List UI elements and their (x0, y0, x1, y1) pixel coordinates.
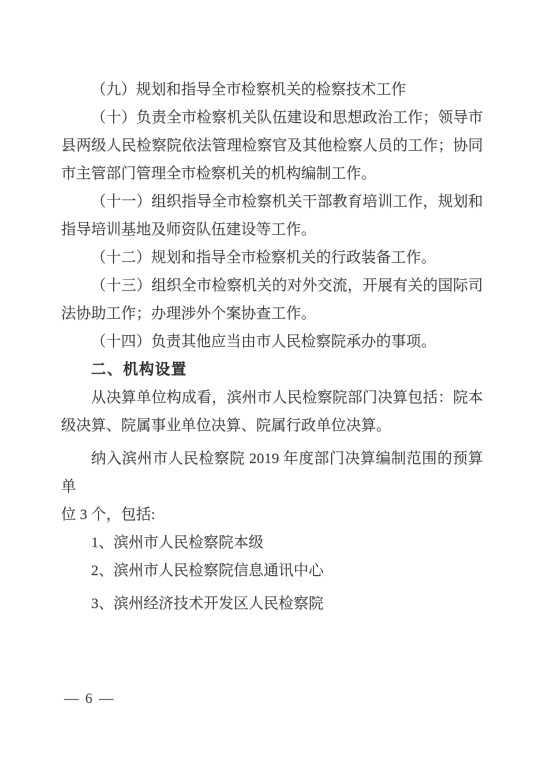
paragraph-line: （十一）组织指导全市检察机关干部教育培训工作，规划和 (61, 188, 483, 216)
list-item: 3、滨州经济技术开发区人民检察院 (61, 590, 483, 618)
paragraph-line: （十四）负责其他应当由市人民检察院承办的事项。 (61, 328, 483, 356)
paragraph-line: （十二）规划和指导全市检察机关的行政装备工作。 (61, 244, 483, 272)
list-item: 2、滨州市人民检察院信息通讯中心 (61, 557, 483, 585)
document-body: （九）规划和指导全市检察机关的检察技术工作 （十）负责全市检察机关队伍建设和思想… (61, 76, 483, 618)
paragraph-line: 指导培训基地及师资队伍建设等工作。 (61, 216, 483, 244)
document-page: （九）规划和指导全市检察机关的检察技术工作 （十）负责全市检察机关队伍建设和思想… (0, 0, 543, 768)
paragraph-line: 县两级人民检察院依法管理检察官及其他检察人员的工作；协同 (61, 132, 483, 160)
section-heading: 二、机构设置 (61, 356, 483, 384)
paragraph-line: 从决算单位构成看，滨州市人民检察院部门决算包括：院本 (61, 384, 483, 412)
list-item: 1、滨州市人民检察院本级 (61, 529, 483, 557)
paragraph-line: （十）负责全市检察机关队伍建设和思想政治工作；领导市 (61, 104, 483, 132)
paragraph-line: 市主管部门管理全市检察机关的机构编制工作。 (61, 160, 483, 188)
paragraph-line: 位 3 个，包括: (61, 501, 483, 529)
page-number: — 6 — (64, 691, 115, 708)
paragraph-line: 法协助工作；办理涉外个案协查工作。 (61, 300, 483, 328)
paragraph-line: （十三）组织全市检察机关的对外交流，开展有关的国际司 (61, 272, 483, 300)
paragraph-line: 级决算、院属事业单位决算、院属行政单位决算。 (61, 412, 483, 440)
paragraph-line: （九）规划和指导全市检察机关的检察技术工作 (61, 76, 483, 104)
paragraph-line: 纳入滨州市人民检察院 2019 年度部门决算编制范围的预算单 (61, 445, 483, 501)
